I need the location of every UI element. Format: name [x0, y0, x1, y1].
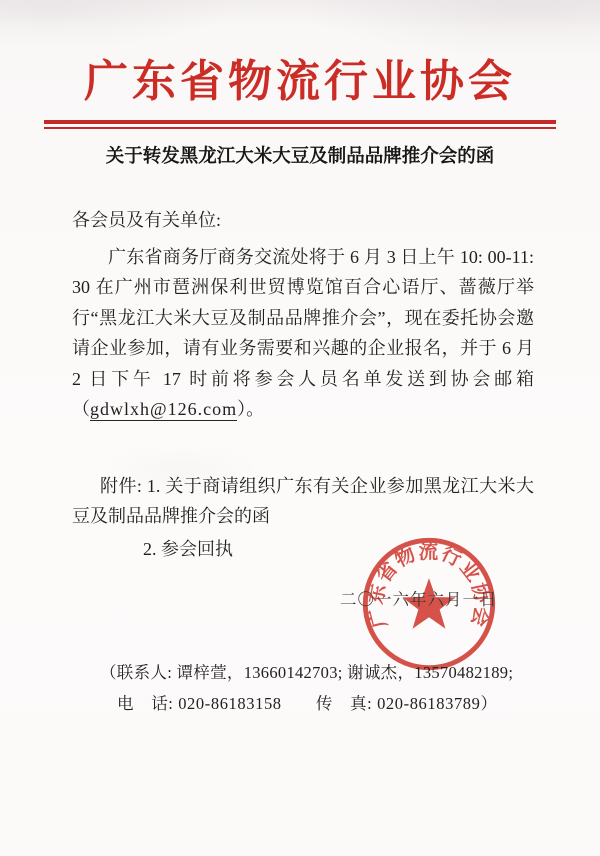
salutation: 各会员及有关单位: — [72, 205, 534, 236]
contact-phone-fax-line: 电 话: 020-86183158 传 真: 020-86183789） — [117, 690, 498, 714]
red-divider-rule — [44, 120, 556, 129]
body-paragraph: 广东省商务厅商务交流处将于 6 月 3 日上午 10: 00-11: 30 在广… — [72, 242, 534, 425]
red-divider-thin-line — [44, 127, 556, 129]
red-divider-thick-line — [44, 120, 556, 124]
letter-date: 二〇一六年六月一日 — [340, 586, 498, 610]
letter-subject-title: 关于转发黑龙江大米大豆及制品品牌推介会的函 — [40, 145, 560, 169]
body-text-before-email: 广东省商务厅商务交流处将于 6 月 3 日上午 10: 00-11: 30 在广… — [72, 247, 534, 420]
attachment-item-1: 附件: 1. 关于商请组织广东有关企业参加黑龙江大米大豆及制品品牌推介会的函 — [72, 471, 534, 532]
scanned-letter-page: 广东省物流行业协会 关于转发黑龙江大米大豆及制品品牌推介会的函 各会员及有关单位… — [0, 0, 600, 856]
letter-body: 各会员及有关单位: 广东省商务厅商务交流处将于 6 月 3 日上午 10: 00… — [72, 205, 534, 564]
org-title: 广东省物流行业协会 — [0, 0, 600, 108]
email-link[interactable]: gdwlxh@126.com — [90, 399, 237, 421]
body-text-after-email: ）。 — [237, 399, 264, 419]
contact-persons-line: （联系人: 谭梓萱，13660142703; 谢诚杰，13570482189; — [100, 659, 513, 683]
